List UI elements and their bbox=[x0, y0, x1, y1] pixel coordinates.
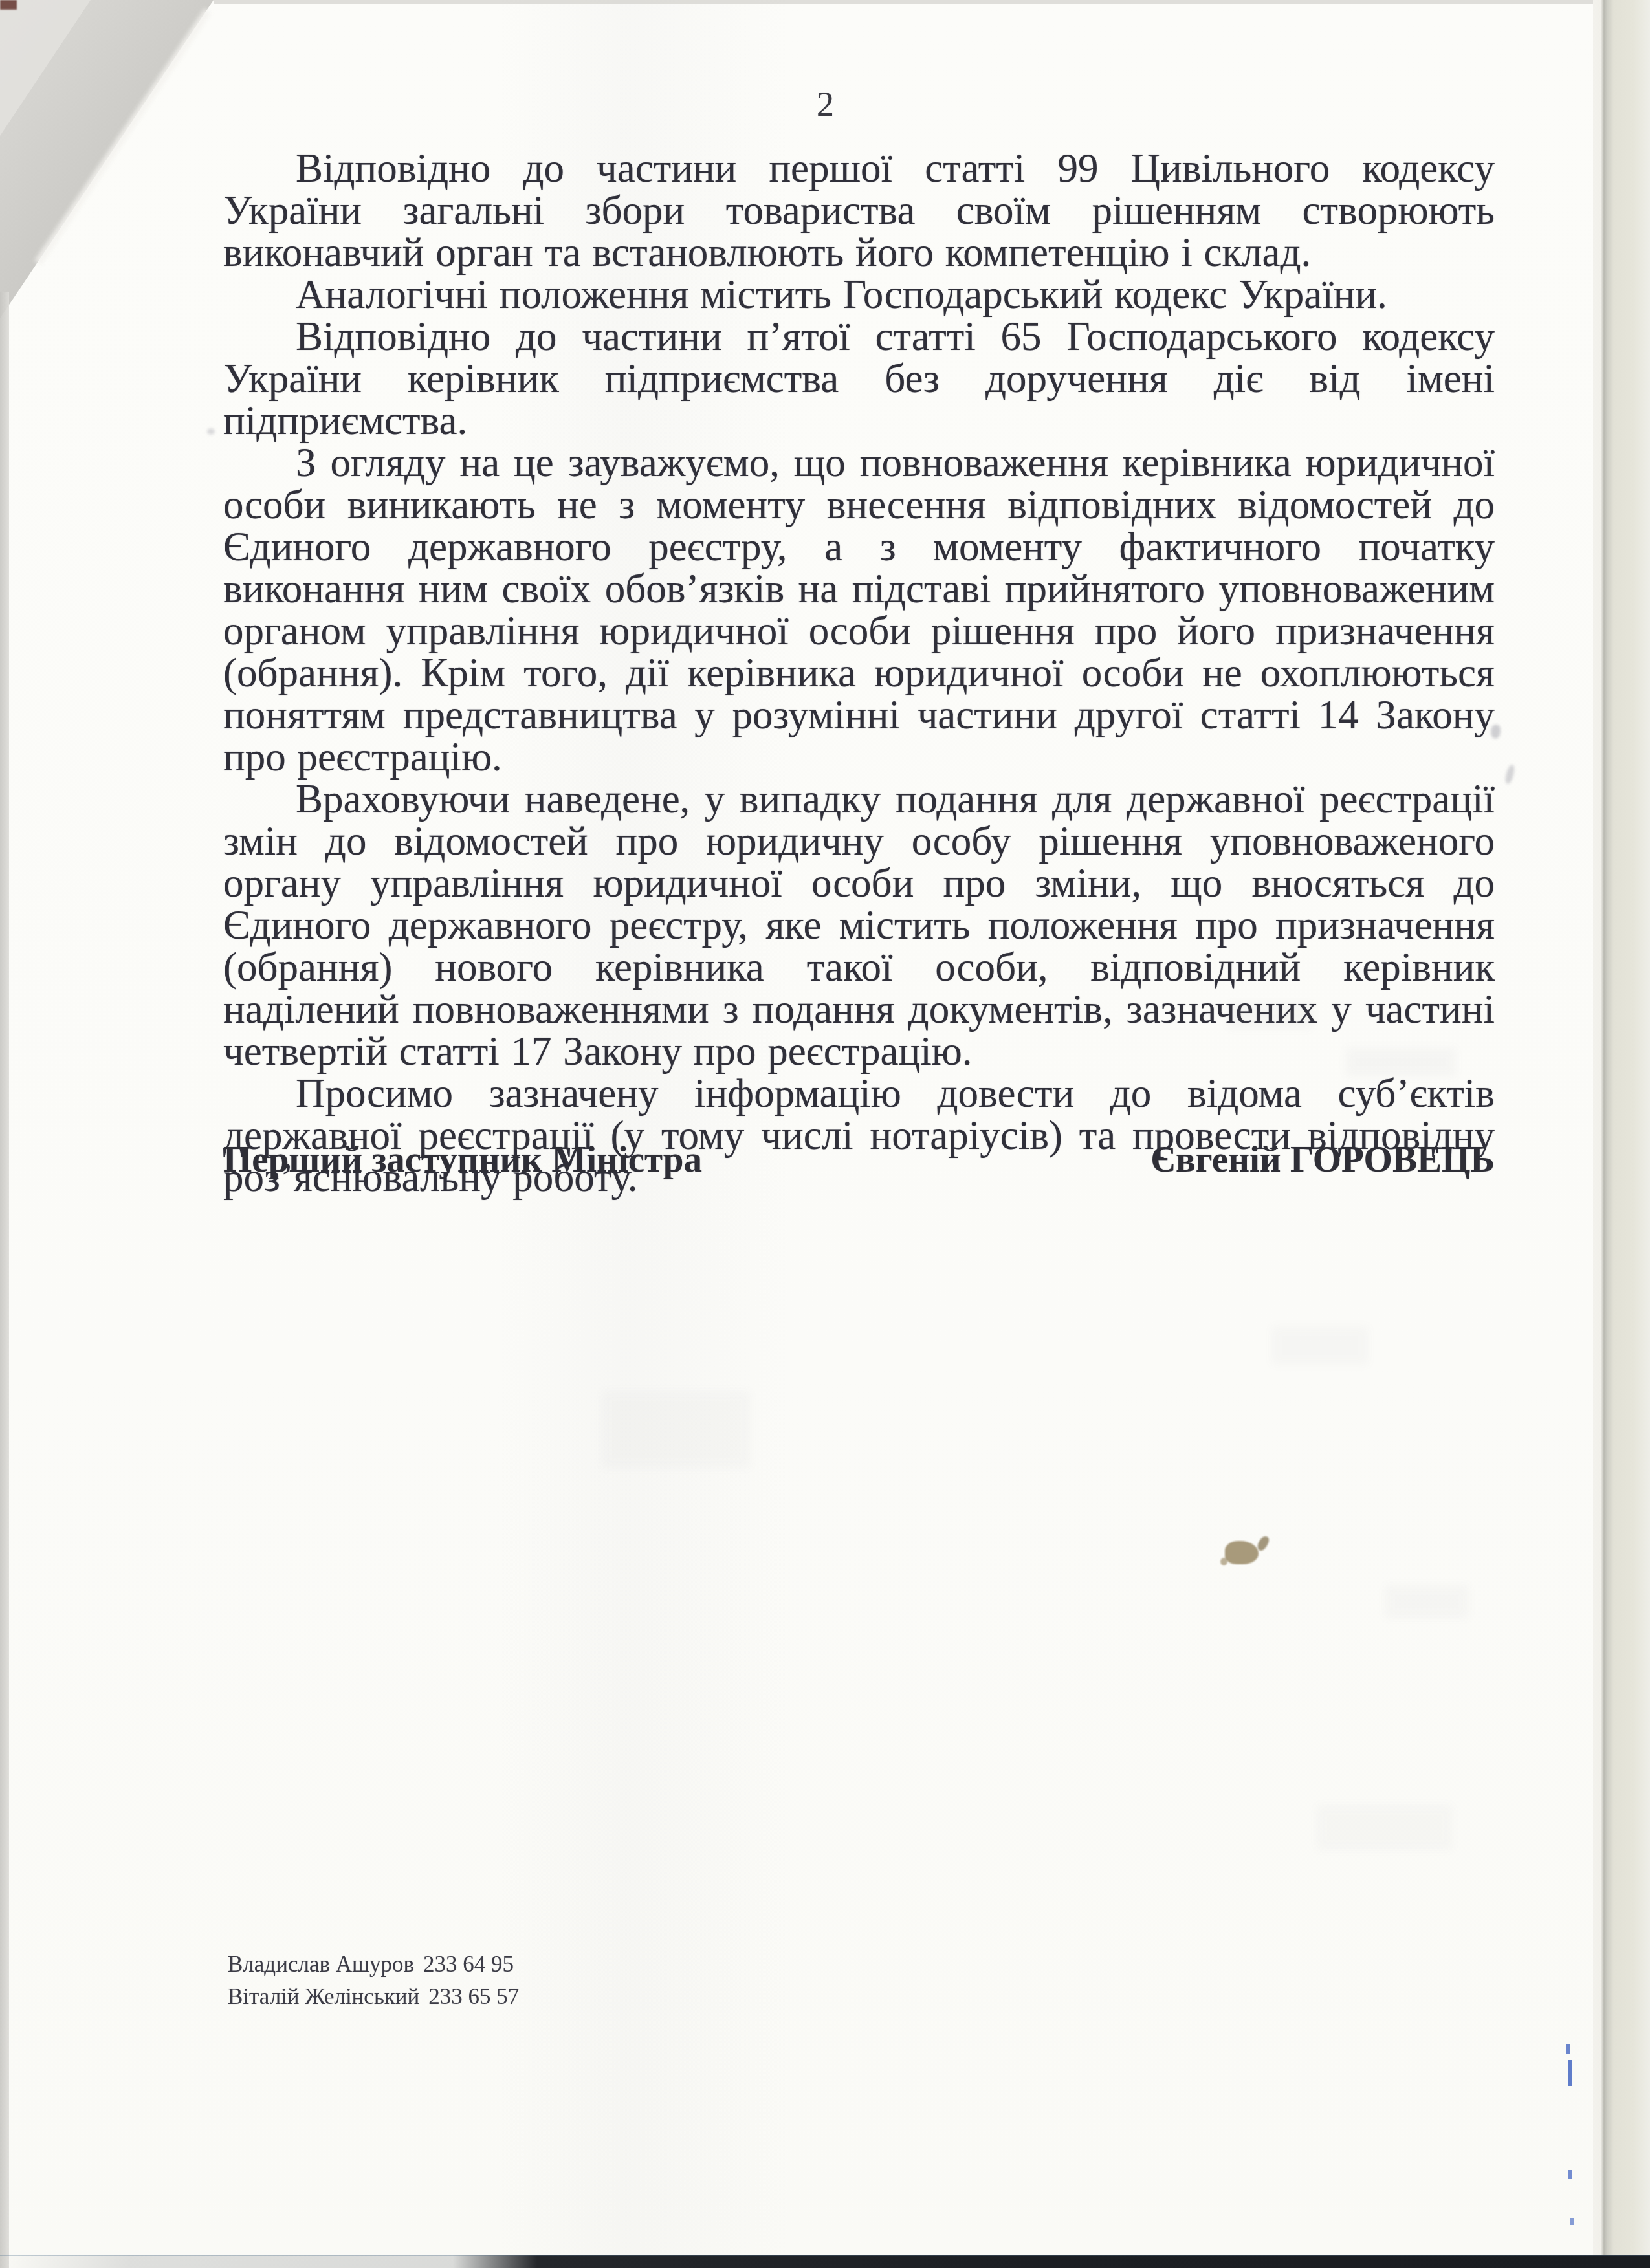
contact-phone: 233 65 57 bbox=[428, 1984, 519, 2009]
page-number: 2 bbox=[817, 84, 834, 124]
bleed-through-artifact bbox=[1385, 1585, 1469, 1619]
scanner-edge-right bbox=[1593, 0, 1650, 2268]
scanner-edge-bottom bbox=[0, 2255, 1650, 2268]
pen-mark bbox=[1566, 2044, 1570, 2054]
ink-smudge bbox=[1220, 1558, 1227, 1565]
signature-block: Перший заступник Міністра Євгеній ГОРОВЕ… bbox=[223, 1139, 1495, 1181]
contact-line: Віталій Желінський233 65 57 bbox=[228, 1981, 519, 2013]
grey-smudge bbox=[1504, 764, 1515, 785]
scanner-edge-top bbox=[214, 0, 1595, 4]
bleed-through-artifact bbox=[1271, 1326, 1369, 1365]
pen-mark bbox=[1570, 2218, 1574, 2225]
signatory-name: Євгеній ГОРОВЕЦЬ bbox=[1150, 1139, 1495, 1181]
corner-dark-mark bbox=[0, 0, 17, 10]
paragraph: Враховуючи наведене, у випадку подання д… bbox=[223, 778, 1495, 1073]
grey-smudge bbox=[207, 428, 215, 435]
pen-mark bbox=[1568, 2170, 1572, 2179]
ink-smudge bbox=[1256, 1534, 1271, 1553]
paragraph: З огляду на це зауважуємо, що повноважен… bbox=[223, 442, 1495, 778]
paragraph: Відповідно до частини п’ятої статті 65 Г… bbox=[223, 316, 1495, 442]
contact-name: Віталій Желінський bbox=[228, 1984, 419, 2009]
contact-name: Владислав Ашуров bbox=[228, 1952, 414, 1977]
ink-smudge bbox=[1225, 1541, 1259, 1564]
paragraph: Відповідно до частини першої статті 99 Ц… bbox=[223, 147, 1495, 274]
paragraph: Аналогічні положення містить Господарськ… bbox=[223, 274, 1495, 316]
signatory-title: Перший заступник Міністра bbox=[223, 1139, 702, 1181]
document-body: Відповідно до частини першої статті 99 Ц… bbox=[223, 147, 1495, 1199]
bleed-through-artifact bbox=[602, 1391, 751, 1468]
bleed-through-artifact bbox=[1317, 1805, 1453, 1850]
scanned-document-page: 2 Відповідно до частини першої статті 99… bbox=[0, 0, 1650, 2268]
contact-block: Владислав Ашуров233 64 95 Віталій Желінс… bbox=[228, 1948, 519, 2013]
pen-mark bbox=[1568, 2060, 1572, 2086]
contact-line: Владислав Ашуров233 64 95 bbox=[228, 1948, 519, 1981]
contact-phone: 233 64 95 bbox=[423, 1952, 514, 1977]
scanner-edge-left bbox=[0, 292, 9, 2268]
grey-smudge bbox=[1491, 725, 1501, 739]
